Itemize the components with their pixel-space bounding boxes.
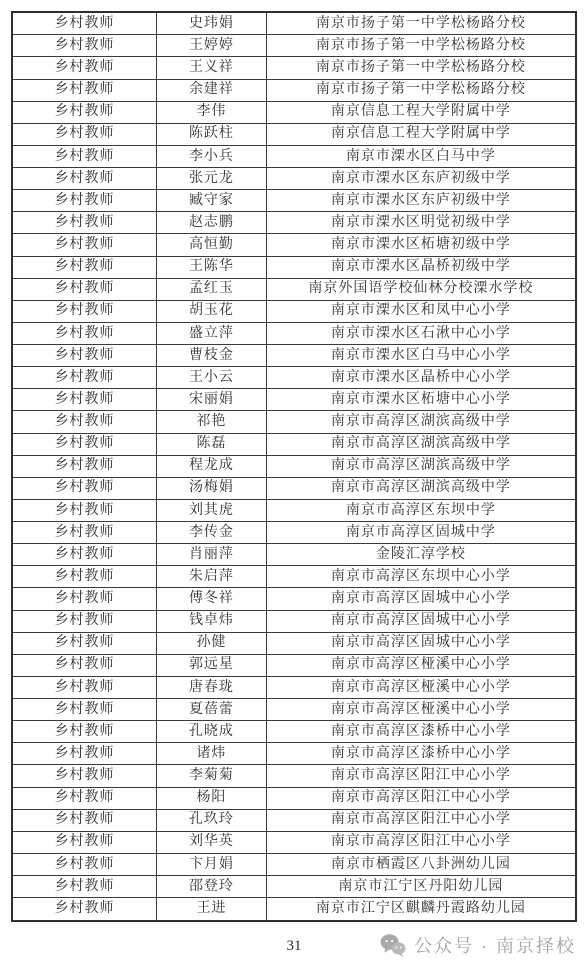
- category-cell: 乡村教师: [12, 455, 157, 477]
- school-cell: 南京市高淳区阳江中心小学: [266, 765, 576, 787]
- school-cell: 南京信息工程大学附属中学: [266, 101, 576, 123]
- rural-teacher-award-table: 乡村教师 史玮娟 南京市扬子第一中学松杨路分校 乡村教师 王婷婷 南京市扬子第一…: [11, 11, 577, 922]
- teacher-name-cell: 傅冬祥: [157, 588, 267, 610]
- teacher-name-cell: 李小兵: [157, 145, 267, 167]
- teacher-name-cell: 肖丽萍: [157, 544, 267, 566]
- category-cell: 乡村教师: [12, 35, 157, 57]
- category-cell: 乡村教师: [12, 699, 157, 721]
- table-row: 乡村教师 孔晓成 南京市高淳区漆桥中心小学: [12, 721, 576, 743]
- teacher-name-cell: 宋丽娟: [157, 389, 267, 411]
- teacher-name-cell: 王婷婷: [157, 35, 267, 57]
- school-cell: 南京市江宁区麒麟丹霞路幼儿园: [266, 898, 576, 921]
- table-row: 乡村教师 王小云 南京市溧水区晶桥中心小学: [12, 367, 576, 389]
- teacher-name-cell: 杨阳: [157, 787, 267, 809]
- school-cell: 南京市高淳区固城中心小学: [266, 632, 576, 654]
- teacher-name-cell: 王陈华: [157, 256, 267, 278]
- school-cell: 南京市高淳区桠溪中心小学: [266, 699, 576, 721]
- category-cell: 乡村教师: [12, 499, 157, 521]
- document-page: 乡村教师 史玮娟 南京市扬子第一中学松杨路分校 乡村教师 王婷婷 南京市扬子第一…: [0, 0, 588, 970]
- category-cell: 乡村教师: [12, 787, 157, 809]
- table-row: 乡村教师 傅冬祥 南京市高淳区固城中心小学: [12, 588, 576, 610]
- category-cell: 乡村教师: [12, 234, 157, 256]
- teacher-name-cell: 程龙成: [157, 455, 267, 477]
- category-cell: 乡村教师: [12, 588, 157, 610]
- teacher-name-cell: 汤梅娟: [157, 477, 267, 499]
- teacher-name-cell: 赵志鹏: [157, 212, 267, 234]
- teacher-name-cell: 盛立萍: [157, 322, 267, 344]
- school-cell: 南京市溧水区晶桥初级中学: [266, 256, 576, 278]
- school-cell: 南京市高淳区东坝中学: [266, 499, 576, 521]
- school-cell: 南京市高淳区固城中心小学: [266, 610, 576, 632]
- teacher-name-cell: 李传金: [157, 522, 267, 544]
- table-row: 乡村教师 李传金 南京市高淳区固城中学: [12, 522, 576, 544]
- table-row: 乡村教师 祁艳 南京市高淳区湖滨高级中学: [12, 411, 576, 433]
- school-cell: 南京市高淳区湖滨高级中学: [266, 411, 576, 433]
- category-cell: 乡村教师: [12, 145, 157, 167]
- school-cell: 南京市溧水区东庐初级中学: [266, 190, 576, 212]
- teacher-name-cell: 高恒勤: [157, 234, 267, 256]
- teacher-name-cell: 刘其虎: [157, 499, 267, 521]
- school-cell: 南京市扬子第一中学松杨路分校: [266, 79, 576, 101]
- table-row: 乡村教师 高恒勤 南京市溧水区柘塘初级中学: [12, 234, 576, 256]
- table-row: 乡村教师 孔玖玲 南京市高淳区阳江中心小学: [12, 809, 576, 831]
- category-cell: 乡村教师: [12, 522, 157, 544]
- teacher-name-cell: 臧守家: [157, 190, 267, 212]
- school-cell: 南京市高淳区湖滨高级中学: [266, 433, 576, 455]
- teacher-name-cell: 朱启萍: [157, 566, 267, 588]
- school-cell: 南京市栖霞区八卦洲幼儿园: [266, 853, 576, 875]
- school-cell: 南京市高淳区东坝中心小学: [266, 566, 576, 588]
- table-row: 乡村教师 李菊菊 南京市高淳区阳江中心小学: [12, 765, 576, 787]
- teacher-name-cell: 诸炜: [157, 743, 267, 765]
- category-cell: 乡村教师: [12, 256, 157, 278]
- category-cell: 乡村教师: [12, 743, 157, 765]
- category-cell: 乡村教师: [12, 411, 157, 433]
- category-cell: 乡村教师: [12, 654, 157, 676]
- category-cell: 乡村教师: [12, 831, 157, 853]
- table-row: 乡村教师 王陈华 南京市溧水区晶桥初级中学: [12, 256, 576, 278]
- table-row: 乡村教师 陈跃柱 南京信息工程大学附属中学: [12, 123, 576, 145]
- school-cell: 南京外国语学校仙林分校溧水学校: [266, 278, 576, 300]
- table-row: 乡村教师 刘华英 南京市高淳区阳江中心小学: [12, 831, 576, 853]
- school-cell: 南京信息工程大学附属中学: [266, 123, 576, 145]
- wechat-icon: [380, 933, 406, 957]
- category-cell: 乡村教师: [12, 322, 157, 344]
- school-cell: 南京市高淳区桠溪中心小学: [266, 676, 576, 698]
- school-cell: 南京市高淳区湖滨高级中学: [266, 455, 576, 477]
- teacher-name-cell: 钱卓炜: [157, 610, 267, 632]
- category-cell: 乡村教师: [12, 610, 157, 632]
- teacher-name-cell: 刘华英: [157, 831, 267, 853]
- school-cell: 南京市溧水区明觉初级中学: [266, 212, 576, 234]
- teacher-name-cell: 孔晓成: [157, 721, 267, 743]
- table-row: 乡村教师 郭远星 南京市高淳区桠溪中心小学: [12, 654, 576, 676]
- teacher-name-cell: 陈磊: [157, 433, 267, 455]
- table-row: 乡村教师 余建祥 南京市扬子第一中学松杨路分校: [12, 79, 576, 101]
- table-row: 乡村教师 曹枝金 南京市溧水区白马中心小学: [12, 345, 576, 367]
- category-cell: 乡村教师: [12, 57, 157, 79]
- school-cell: 南京市扬子第一中学松杨路分校: [266, 35, 576, 57]
- teacher-name-cell: 史玮娟: [157, 12, 267, 35]
- table-row: 乡村教师 宋丽娟 南京市溧水区柘塘中心小学: [12, 389, 576, 411]
- table-row: 乡村教师 李伟 南京信息工程大学附属中学: [12, 101, 576, 123]
- category-cell: 乡村教师: [12, 101, 157, 123]
- teacher-name-cell: 王小云: [157, 367, 267, 389]
- school-cell: 南京市高淳区漆桥中心小学: [266, 743, 576, 765]
- school-cell: 南京市高淳区固城中学: [266, 522, 576, 544]
- table-row: 乡村教师 刘其虎 南京市高淳区东坝中学: [12, 499, 576, 521]
- table-row: 乡村教师 赵志鹏 南京市溧水区明觉初级中学: [12, 212, 576, 234]
- watermark-text: 公众号 · 南京择校: [414, 932, 576, 958]
- school-cell: 南京市溧水区白马中学: [266, 145, 576, 167]
- category-cell: 乡村教师: [12, 12, 157, 35]
- watermark: 公众号 · 南京择校: [380, 932, 576, 958]
- school-cell: 南京市溧水区东庐初级中学: [266, 168, 576, 190]
- teacher-name-cell: 张元龙: [157, 168, 267, 190]
- teacher-name-cell: 王义祥: [157, 57, 267, 79]
- table-row: 乡村教师 史玮娟 南京市扬子第一中学松杨路分校: [12, 12, 576, 35]
- category-cell: 乡村教师: [12, 721, 157, 743]
- table-row: 乡村教师 肖丽萍 金陵汇淳学校: [12, 544, 576, 566]
- teacher-name-cell: 李伟: [157, 101, 267, 123]
- category-cell: 乡村教师: [12, 367, 157, 389]
- school-cell: 南京市扬子第一中学松杨路分校: [266, 57, 576, 79]
- category-cell: 乡村教师: [12, 853, 157, 875]
- teacher-name-cell: 陈跃柱: [157, 123, 267, 145]
- category-cell: 乡村教师: [12, 676, 157, 698]
- table-row: 乡村教师 孟红玉 南京外国语学校仙林分校溧水学校: [12, 278, 576, 300]
- teacher-name-cell: 郭远星: [157, 654, 267, 676]
- table-row: 乡村教师 王进 南京市江宁区麒麟丹霞路幼儿园: [12, 898, 576, 921]
- table-row: 乡村教师 李小兵 南京市溧水区白马中学: [12, 145, 576, 167]
- table-row: 乡村教师 臧守家 南京市溧水区东庐初级中学: [12, 190, 576, 212]
- school-cell: 南京市溧水区石湫中心小学: [266, 322, 576, 344]
- teacher-name-cell: 余建祥: [157, 79, 267, 101]
- school-cell: 南京市溧水区白马中心小学: [266, 345, 576, 367]
- school-cell: 南京市溧水区晶桥中心小学: [266, 367, 576, 389]
- category-cell: 乡村教师: [12, 300, 157, 322]
- table-row: 乡村教师 夏蓓蕾 南京市高淳区桠溪中心小学: [12, 699, 576, 721]
- table-row: 乡村教师 王义祥 南京市扬子第一中学松杨路分校: [12, 57, 576, 79]
- table-row: 乡村教师 王婷婷 南京市扬子第一中学松杨路分校: [12, 35, 576, 57]
- teacher-name-cell: 曹枝金: [157, 345, 267, 367]
- category-cell: 乡村教师: [12, 278, 157, 300]
- school-cell: 南京市扬子第一中学松杨路分校: [266, 12, 576, 35]
- category-cell: 乡村教师: [12, 123, 157, 145]
- table-row: 乡村教师 唐春珑 南京市高淳区桠溪中心小学: [12, 676, 576, 698]
- category-cell: 乡村教师: [12, 345, 157, 367]
- school-cell: 金陵汇淳学校: [266, 544, 576, 566]
- teacher-name-cell: 唐春珑: [157, 676, 267, 698]
- teacher-name-cell: 邵登玲: [157, 876, 267, 898]
- teacher-name-cell: 李菊菊: [157, 765, 267, 787]
- category-cell: 乡村教师: [12, 809, 157, 831]
- table-row: 乡村教师 孙健 南京市高淳区固城中心小学: [12, 632, 576, 654]
- teacher-name-cell: 胡玉花: [157, 300, 267, 322]
- school-cell: 南京市高淳区湖滨高级中学: [266, 477, 576, 499]
- school-cell: 南京市江宁区丹阳幼儿园: [266, 876, 576, 898]
- category-cell: 乡村教师: [12, 566, 157, 588]
- school-cell: 南京市高淳区阳江中心小学: [266, 787, 576, 809]
- school-cell: 南京市溧水区柘塘中心小学: [266, 389, 576, 411]
- table-row: 乡村教师 杨阳 南京市高淳区阳江中心小学: [12, 787, 576, 809]
- teacher-name-cell: 祁艳: [157, 411, 267, 433]
- table-row: 乡村教师 卞月娟 南京市栖霞区八卦洲幼儿园: [12, 853, 576, 875]
- table-row: 乡村教师 汤梅娟 南京市高淳区湖滨高级中学: [12, 477, 576, 499]
- teacher-name-cell: 卞月娟: [157, 853, 267, 875]
- school-cell: 南京市高淳区桠溪中心小学: [266, 654, 576, 676]
- school-cell: 南京市高淳区漆桥中心小学: [266, 721, 576, 743]
- school-cell: 南京市溧水区柘塘初级中学: [266, 234, 576, 256]
- table-row: 乡村教师 盛立萍 南京市溧水区石湫中心小学: [12, 322, 576, 344]
- table-row: 乡村教师 张元龙 南京市溧水区东庐初级中学: [12, 168, 576, 190]
- teacher-name-cell: 孟红玉: [157, 278, 267, 300]
- category-cell: 乡村教师: [12, 433, 157, 455]
- teacher-name-cell: 王进: [157, 898, 267, 921]
- school-cell: 南京市高淳区阳江中心小学: [266, 809, 576, 831]
- category-cell: 乡村教师: [12, 79, 157, 101]
- table-row: 乡村教师 钱卓炜 南京市高淳区固城中心小学: [12, 610, 576, 632]
- school-cell: 南京市溧水区和凤中心小学: [266, 300, 576, 322]
- category-cell: 乡村教师: [12, 876, 157, 898]
- category-cell: 乡村教师: [12, 765, 157, 787]
- category-cell: 乡村教师: [12, 190, 157, 212]
- category-cell: 乡村教师: [12, 212, 157, 234]
- table-row: 乡村教师 程龙成 南京市高淳区湖滨高级中学: [12, 455, 576, 477]
- school-cell: 南京市高淳区固城中心小学: [266, 588, 576, 610]
- category-cell: 乡村教师: [12, 477, 157, 499]
- category-cell: 乡村教师: [12, 544, 157, 566]
- teacher-name-cell: 夏蓓蕾: [157, 699, 267, 721]
- category-cell: 乡村教师: [12, 389, 157, 411]
- category-cell: 乡村教师: [12, 632, 157, 654]
- table-row: 乡村教师 诸炜 南京市高淳区漆桥中心小学: [12, 743, 576, 765]
- category-cell: 乡村教师: [12, 898, 157, 921]
- table-row: 乡村教师 朱启萍 南京市高淳区东坝中心小学: [12, 566, 576, 588]
- category-cell: 乡村教师: [12, 168, 157, 190]
- teacher-name-cell: 孔玖玲: [157, 809, 267, 831]
- school-cell: 南京市高淳区阳江中心小学: [266, 831, 576, 853]
- teacher-name-cell: 孙健: [157, 632, 267, 654]
- table-row: 乡村教师 陈磊 南京市高淳区湖滨高级中学: [12, 433, 576, 455]
- table-row: 乡村教师 邵登玲 南京市江宁区丹阳幼儿园: [12, 876, 576, 898]
- table-row: 乡村教师 胡玉花 南京市溧水区和凤中心小学: [12, 300, 576, 322]
